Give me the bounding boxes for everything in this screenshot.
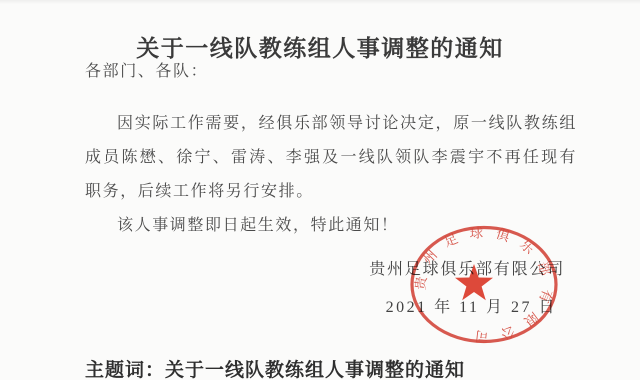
seal-ring-text: 贵州足球俱乐部有限公司: [411, 225, 555, 344]
seal-ring-text-shape: 贵州足球俱乐部有限公司: [411, 225, 555, 344]
footer-subject-line: 主题词：关于一线队教练组人事调整的通知: [85, 355, 465, 380]
notice-document: 关于一线队教练组人事调整的通知 各部门、各队： 因实际工作需要，经俱乐部领导讨论…: [0, 0, 640, 380]
seal-ring: [412, 228, 556, 342]
page-top-shading: [0, 0, 640, 4]
body-paragraph-1: 因实际工作需要，经俱乐部领导讨论决定，原一线队教练组成员陈懋、徐宁、雷涛、李强及…: [85, 107, 577, 209]
body-paragraph-2: 该人事调整即日起生效，特此通知！: [85, 209, 577, 243]
signature-date: 2021 年 11 月 27 日: [386, 294, 557, 317]
signature-company-name: 贵州足球俱乐部有限公司: [369, 256, 565, 279]
salutation-line: 各部门、各队：: [85, 58, 208, 81]
